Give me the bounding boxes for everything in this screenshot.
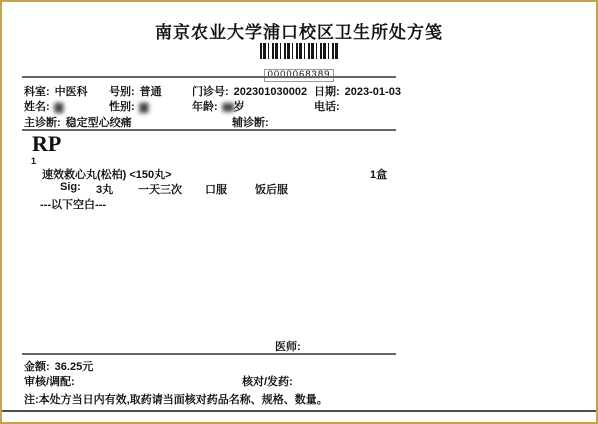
primary-diagnosis-value: 稳定型心绞痛 (66, 117, 132, 129)
page-title: 南京农业大学浦口校区卫生所处方笺 (2, 18, 596, 43)
sig-timing: 饭后服 (255, 181, 288, 197)
secondary-diagnosis-label: 辅诊断: (232, 117, 269, 129)
blank-below-marker: ---以下空白--- (40, 196, 106, 212)
dept-value: 中医科 (55, 86, 88, 98)
secondary-diagnosis-field: 辅诊断: (232, 114, 274, 130)
visit-no-label: 门诊号: (192, 86, 229, 98)
amount-row: 金额:36.25元 (2, 358, 596, 372)
info-row-2: 姓名:▆ 性别:▆ 年龄:▆岁 电话: (2, 98, 596, 112)
barcode-bars-icon (260, 43, 338, 59)
age-label: 年龄: (192, 101, 218, 113)
date-field: 日期:2023-01-03 (314, 83, 401, 99)
gender-field: 性别:▆ (109, 98, 148, 114)
end-of-rx-row: ---以下空白--- (2, 196, 596, 210)
gender-label: 性别: (109, 101, 135, 113)
age-suffix: 岁 (234, 101, 245, 113)
type-value: 普通 (140, 86, 162, 98)
date-value: 2023-01-03 (345, 86, 401, 98)
doctor-row: 医师: (2, 338, 596, 352)
drug-name: 速效救心丸(松柏) <150丸> (42, 166, 172, 182)
info-row-1: 科室:中医科 号别:普通 门诊号:202301030002 日期:2023-01… (2, 83, 596, 97)
doctor-signature-label: 医师: (275, 338, 301, 354)
type-label: 号别: (109, 86, 135, 98)
rp-item-number: 1 (31, 156, 36, 166)
name-label: 姓名: (24, 101, 50, 113)
sig-route: 口服 (205, 181, 227, 197)
amount-value: 36.25元 (55, 361, 94, 373)
name-field: 姓名:▆ (24, 98, 63, 114)
doctor-divider (22, 353, 396, 355)
name-value: ▆ (55, 101, 63, 113)
dept-field: 科室:中医科 (24, 83, 88, 99)
note-row: 注:本处方当日内有效,取药请当面核对药品名称、规格、数量。 (2, 391, 596, 405)
age-field: 年龄:▆岁 (192, 98, 245, 114)
dept-label: 科室: (24, 86, 50, 98)
validity-note: 注:本处方当日内有效,取药请当面核对药品名称、规格、数量。 (24, 391, 328, 407)
drug-row: 速效救心丸(松柏) <150丸> 1盒 (2, 166, 596, 180)
phone-field: 电话: (314, 98, 345, 114)
visit-no-field: 门诊号:202301030002 (192, 83, 307, 99)
check-issue-label: 核对/发药: (242, 373, 293, 389)
rp-heading: RP (32, 133, 61, 155)
amount-field: 金额:36.25元 (24, 358, 93, 374)
sig-dose: 3丸 (96, 181, 113, 197)
sig-frequency: 一天三次 (138, 181, 182, 197)
review-row: 审核/调配: 核对/发药: (2, 373, 596, 387)
date-label: 日期: (314, 86, 340, 98)
review-dispense-label: 审核/调配: (24, 373, 75, 389)
diagnosis-divider (22, 129, 396, 131)
bottom-divider (2, 410, 596, 412)
sig-row: Sig: 3丸 一天三次 口服 饭后服 (2, 181, 596, 195)
drug-quantity: 1盒 (370, 166, 387, 182)
visit-no-value: 202301030002 (234, 86, 307, 98)
sig-label: Sig: (60, 181, 81, 193)
primary-diagnosis-label: 主诊断: (24, 117, 61, 129)
gender-value: ▆ (140, 101, 148, 113)
amount-label: 金额: (24, 361, 50, 373)
header-divider (22, 76, 396, 78)
age-value: ▆ (223, 101, 234, 113)
prescription-page: 南京农业大学浦口校区卫生所处方笺 0000068389 科室:中医科 号别:普通… (0, 0, 598, 424)
type-field: 号别:普通 (109, 83, 162, 99)
diagnosis-row: 主诊断:稳定型心绞痛 辅诊断: (2, 114, 596, 128)
phone-label: 电话: (314, 101, 340, 113)
primary-diagnosis-field: 主诊断:稳定型心绞痛 (24, 114, 132, 130)
